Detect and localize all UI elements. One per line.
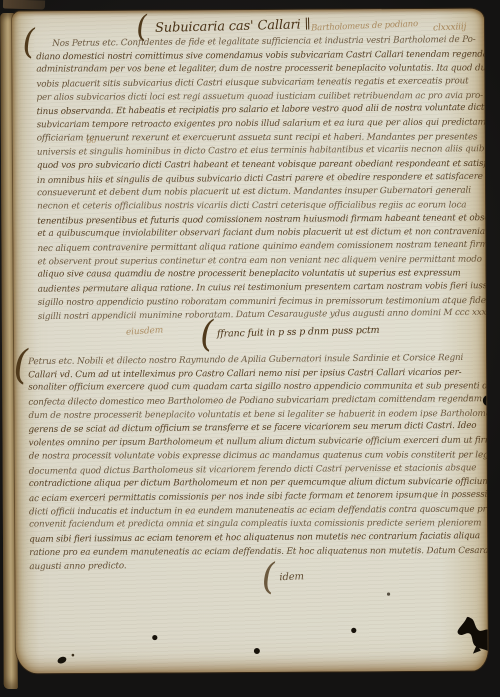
chancery-registration-note: ffranc fuit in p ss p dnm puss pctm bbox=[217, 325, 380, 340]
interline-correction: do bbox=[87, 136, 96, 145]
notarial-ink-mark-foot bbox=[473, 645, 481, 654]
paragraph-2-paraph-mark: ( bbox=[12, 345, 29, 386]
ink-dot bbox=[152, 635, 157, 640]
paragraph-2-lines: Petrus etc. Nobili et dilecto nostro Ray… bbox=[28, 353, 477, 575]
ink-dot-small bbox=[72, 654, 75, 657]
photograph-background: { "document": { "folio_number": "clxxxii… bbox=[0, 0, 500, 697]
closing-paraph-mark: ( bbox=[260, 560, 276, 597]
manuscript-page: ( Subuicaria cas' Callari ∥ Bartholomeus… bbox=[12, 9, 488, 674]
page-heading: Subuicaria cas' Callari ∥ bbox=[155, 17, 311, 36]
chancery-marginal-word: eiusdem bbox=[126, 326, 164, 338]
notarial-ink-mark bbox=[457, 617, 488, 652]
ink-dot bbox=[254, 648, 260, 654]
paragraph-1-lines: Nos Petrus etc. Confidentes de fide et l… bbox=[36, 35, 476, 325]
closing-word: idem bbox=[279, 571, 304, 583]
manuscript-line: augusti anno predicto. bbox=[29, 557, 477, 575]
underlying-folio-top-edge bbox=[3, 0, 45, 10]
manuscript-line: subvicariam tempore retroacto exigentes … bbox=[37, 117, 475, 133]
ink-dot bbox=[351, 628, 356, 633]
manuscript-line: sigilli nostri appendicii munimine robor… bbox=[38, 307, 476, 325]
heading-annotation: Bartholomeus de podiano bbox=[311, 19, 418, 33]
chancery-paraph-mark: ( bbox=[199, 317, 215, 354]
paragraph-1-paraph-mark: ( bbox=[21, 25, 36, 60]
folio-number: clxxxiiij bbox=[433, 22, 467, 33]
ink-blot bbox=[57, 656, 68, 665]
ink-dot bbox=[387, 593, 390, 596]
